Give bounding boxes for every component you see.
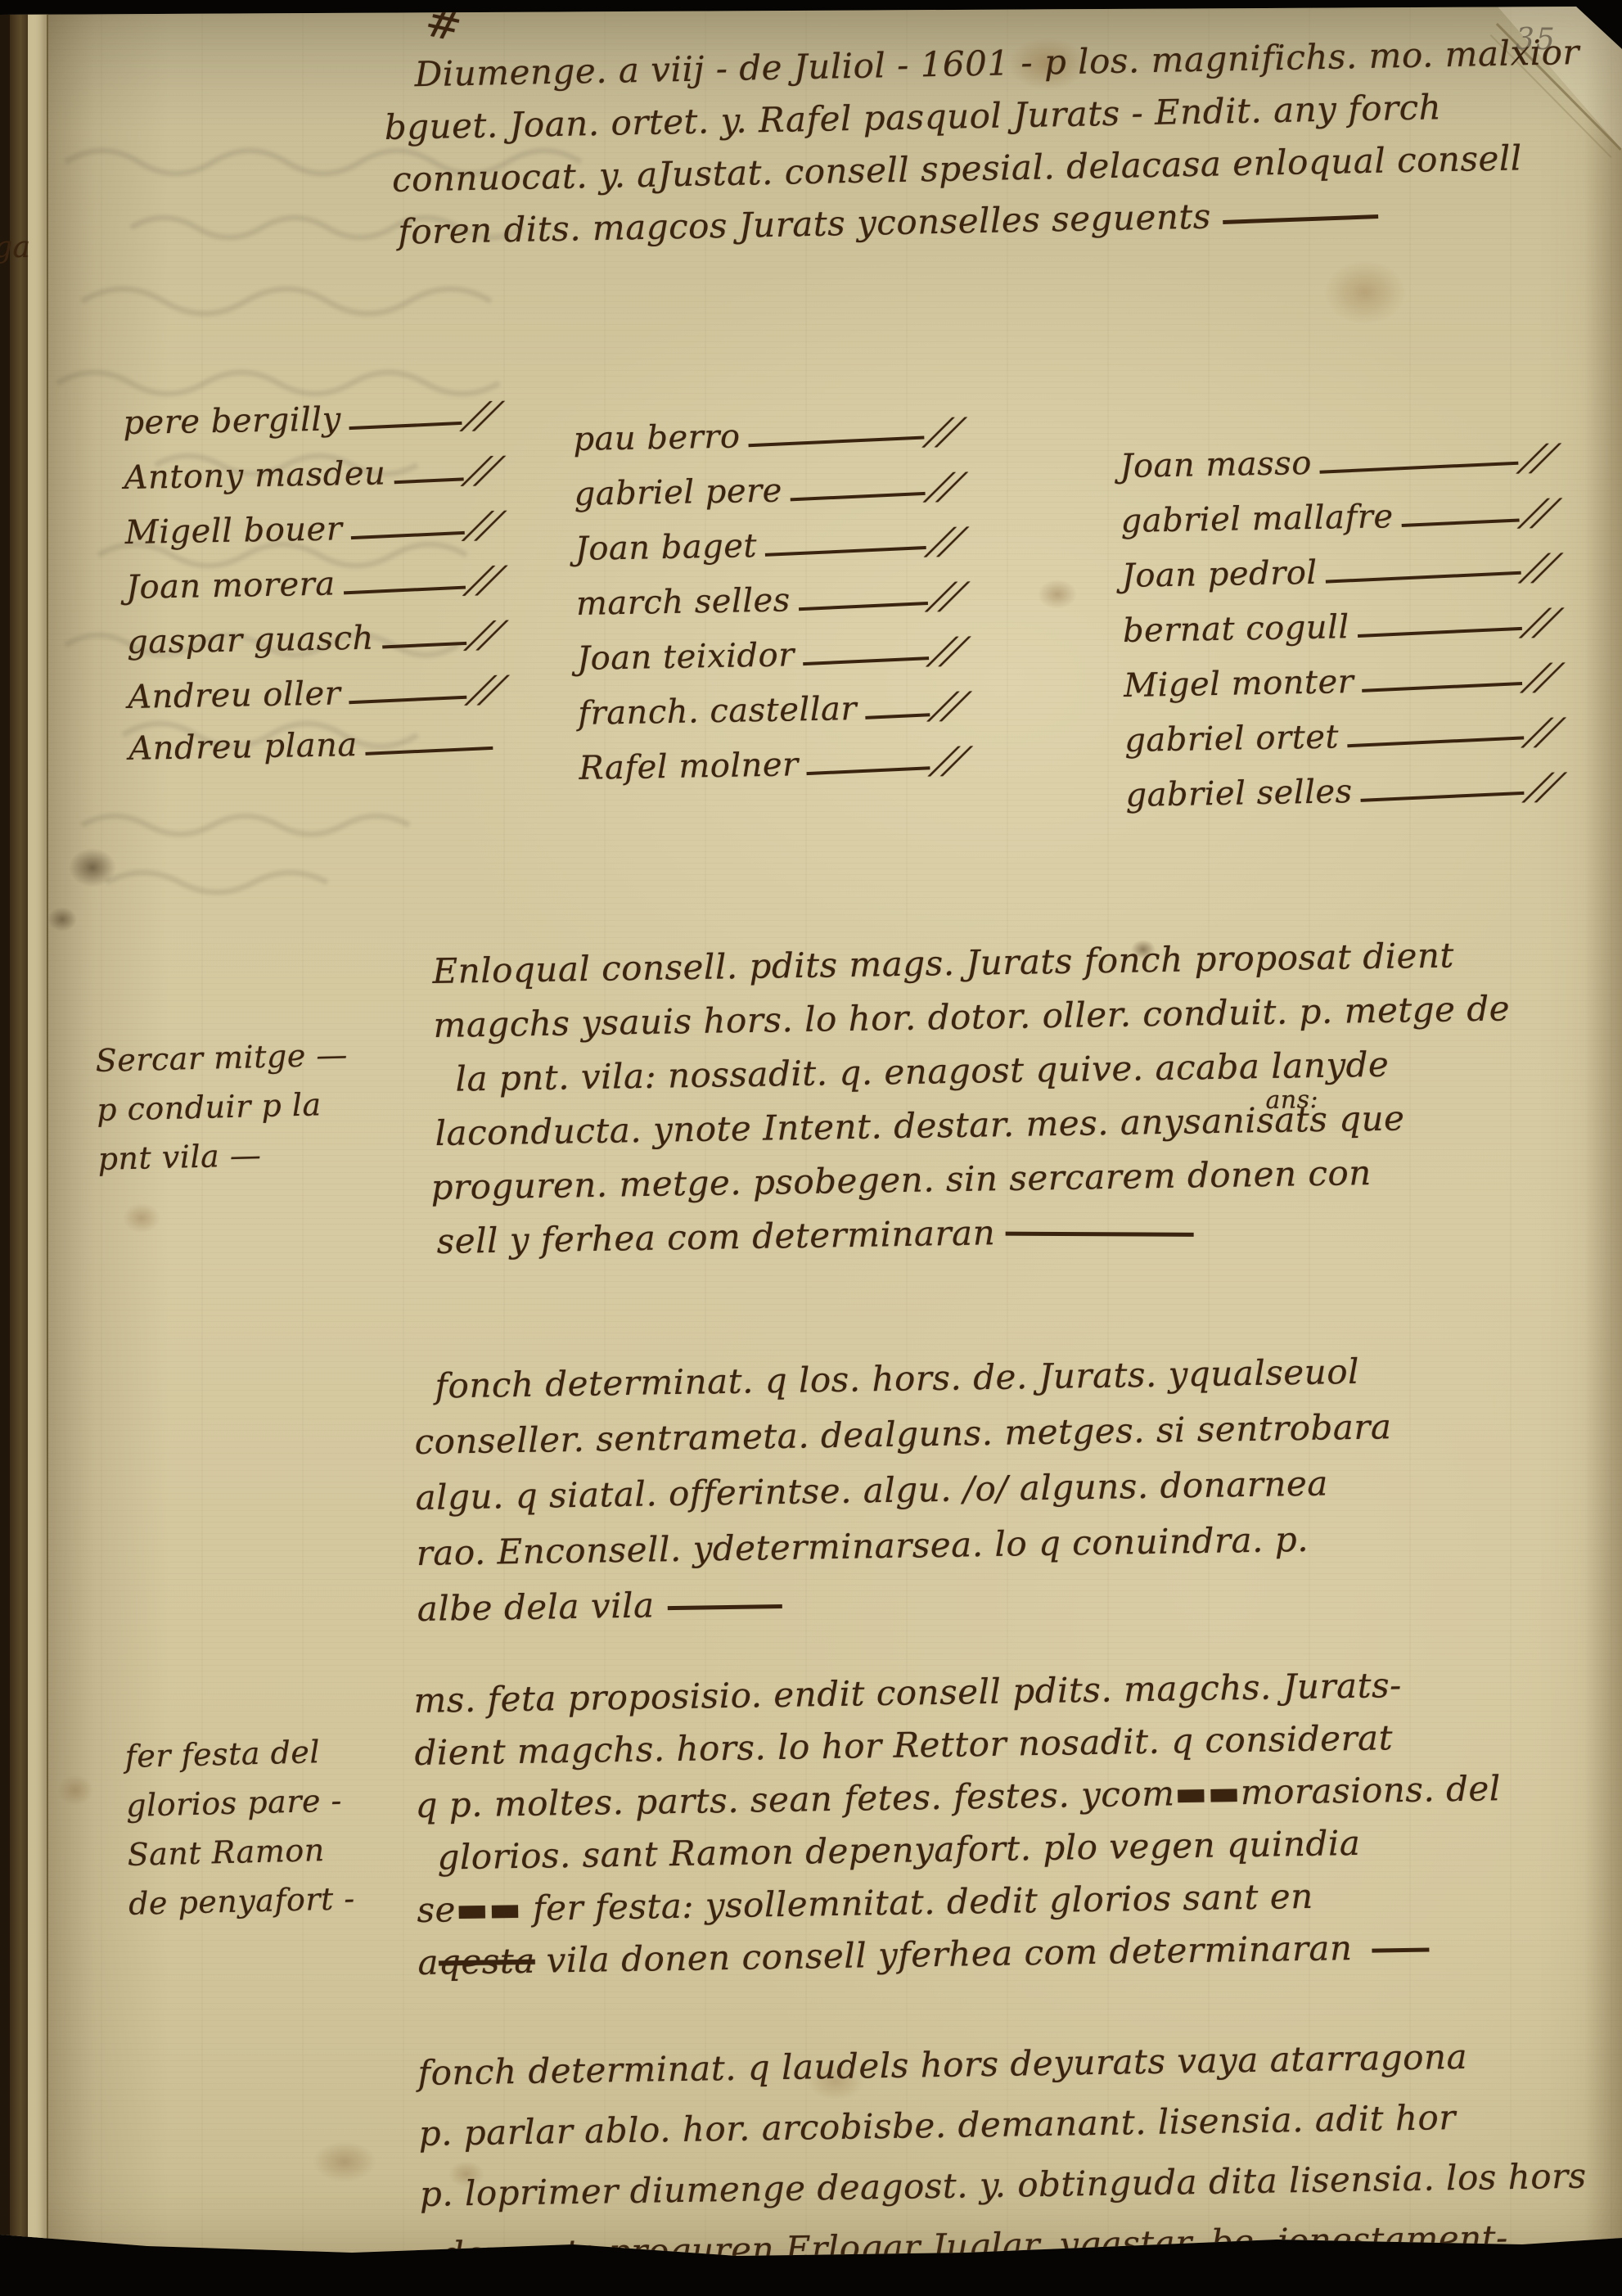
flourish-line <box>394 477 463 484</box>
margin-note-line: p conduir p la <box>96 1078 408 1134</box>
tally-tick: // <box>928 739 975 782</box>
attendee-name: Rafel molner <box>579 746 799 787</box>
section-physician-proposal: Enloqual consell. pdits mags. Jurats fon… <box>432 927 1607 1269</box>
attendee-name: Joan pedrol <box>1121 554 1318 595</box>
text-part: a <box>417 1942 439 1982</box>
tally-tick: // <box>926 630 972 673</box>
section-physician-resolution: fonch determinat. q los. hors. de. Jurat… <box>413 1340 1596 1637</box>
flourish-line <box>382 642 466 649</box>
tally-tick: // <box>1522 765 1569 808</box>
tally-tick: // <box>464 669 511 711</box>
attendee-name: pau berro <box>573 417 741 458</box>
attendee-name: Andreu oller <box>128 674 341 716</box>
attendee-name: Andreu plana <box>128 726 358 768</box>
ink-blot <box>47 907 77 931</box>
flourish-line <box>366 747 493 756</box>
text-part: vila donen consell yferhea com determina… <box>534 1928 1353 1981</box>
margin-note-line: de penyafort - <box>128 1872 439 1928</box>
under-page-edge <box>28 7 48 2256</box>
tally-tick: // <box>460 395 507 437</box>
gathering-mark: # <box>421 7 466 52</box>
attendee-name: bernat cogull <box>1123 608 1349 650</box>
attendee-name: Joan baget <box>574 527 757 568</box>
stain <box>313 2141 376 2182</box>
attendee-row: Antony masdeu// <box>124 449 497 511</box>
attendee-name: gabriel selles <box>1125 773 1353 814</box>
edge-text-fragment: ga <box>0 231 31 264</box>
attendee-name: Migel monter <box>1124 663 1354 705</box>
margin-note-feast: fer festa del glorios pare - Sant Ramon … <box>124 1725 440 1928</box>
attendee-name: gaspar guasch <box>127 620 374 661</box>
attendee-name: Joan morera <box>126 566 336 607</box>
tally-tick: // <box>1521 710 1567 753</box>
attendee-row: march selles// <box>576 575 962 637</box>
attendee-name: Migell bouer <box>124 510 342 552</box>
flourish-line <box>1326 571 1521 584</box>
tally-tick: // <box>923 466 970 508</box>
attendee-row: gabriel mallafre// <box>1120 492 1553 554</box>
flourish-line <box>1347 736 1524 747</box>
attendee-row: bernat cogull// <box>1123 602 1556 664</box>
flourish-line <box>349 422 462 430</box>
tally-tick: // <box>1517 492 1564 535</box>
attendee-name: march selles <box>576 581 791 623</box>
attendee-row: Joan teixidor// <box>577 630 962 692</box>
tally-tick: // <box>924 521 971 563</box>
attendee-name: franch. castellar <box>578 690 857 733</box>
attendee-column-1: pere bergilly// Antony masdeu// Migell b… <box>123 395 502 785</box>
flourish-line <box>803 656 929 665</box>
tally-tick: // <box>461 449 507 492</box>
attendee-row: pere bergilly// <box>123 395 496 456</box>
ink-blot <box>69 848 116 887</box>
stain <box>1324 260 1406 324</box>
attendee-column-2: pau berro// gabriel pere// Joan baget// … <box>573 411 964 801</box>
tally-tick: // <box>463 614 510 656</box>
attendee-name: Joan teixidor <box>577 636 795 678</box>
attendee-row: Migel monter// <box>1124 656 1557 719</box>
flourish-line <box>765 546 926 557</box>
attendee-column-3: Joan masso// gabriel mallafre// Joan ped… <box>1120 437 1558 828</box>
manuscript-scan: 35 # ga Diumenge. a viij - de Juliol - 1… <box>0 0 1622 2296</box>
attendee-name: gabriel ortet <box>1124 718 1339 760</box>
flourish-line <box>807 766 930 775</box>
flourish-line <box>799 602 928 611</box>
attendee-row: Andreu oller// <box>128 669 501 730</box>
attendee-name: pere bergilly <box>123 400 341 442</box>
attendee-row: Joan baget// <box>574 521 960 582</box>
tally-tick: // <box>926 685 973 728</box>
margin-note-line: fer festa del <box>124 1725 436 1781</box>
margin-note-line: pnt vila — <box>97 1127 409 1184</box>
flourish-line <box>1362 682 1522 692</box>
attendee-row: gabriel pere// <box>574 466 959 527</box>
flourish-line <box>1320 462 1519 474</box>
binding-spine <box>0 7 10 2256</box>
attendee-row: gabriel selles// <box>1125 766 1558 828</box>
flourish-line <box>349 696 466 705</box>
attendee-row: Andreu plana <box>128 724 502 785</box>
tally-tick: // <box>925 575 971 618</box>
tally-tick: // <box>922 411 969 453</box>
attendee-name: Antony masdeu <box>124 454 385 497</box>
flourish-line <box>344 586 466 595</box>
attendee-row: Joan pedrol// <box>1121 547 1554 609</box>
attendee-name: Joan masso <box>1120 444 1312 485</box>
flourish-line <box>1402 518 1520 527</box>
flourish-line <box>865 713 930 719</box>
flourish-line <box>791 492 926 501</box>
attendee-name: gabriel mallafre <box>1120 498 1394 540</box>
flourish-line <box>1358 627 1522 638</box>
binding-leather <box>10 7 28 2256</box>
attendee-row: pau berro// <box>573 411 958 472</box>
attendee-row: Joan masso// <box>1120 437 1552 499</box>
section-tarragona-resolution: fonch determinat. q laudels hors deyurat… <box>417 2024 1611 2256</box>
attendee-row: gabriel ortet// <box>1124 711 1557 774</box>
attendee-name: gabriel pere <box>574 472 782 513</box>
tally-tick: // <box>462 504 508 547</box>
attendee-row: Rafel molner// <box>579 740 964 801</box>
stain <box>57 1775 93 1806</box>
tally-tick: // <box>1519 602 1566 644</box>
attendee-row: Joan morera// <box>126 559 499 620</box>
attendee-row: gaspar guasch// <box>127 614 500 675</box>
manuscript-page: 35 # ga Diumenge. a viij - de Juliol - 1… <box>0 7 1622 2256</box>
flourish-line <box>350 531 464 539</box>
tally-tick: // <box>1518 547 1565 589</box>
attendee-row: franch. castellar// <box>578 685 963 747</box>
struck-word: qesta <box>439 1941 535 1982</box>
stain <box>1038 580 1077 609</box>
margin-note-line: Sant Ramon <box>127 1823 439 1879</box>
flourish-line <box>1361 792 1525 802</box>
tally-tick: // <box>462 559 509 602</box>
attendee-row: Migell bouer// <box>124 504 498 566</box>
margin-note-line: Sercar mitge — <box>95 1029 407 1085</box>
interlinear-correction: ans: <box>1265 1073 1319 1128</box>
flourish-line <box>749 435 925 447</box>
section-feast-proposal: ms. feta proposisio. endit consell pdits… <box>413 1656 1605 1989</box>
text-line-body: laconducta. ynote Intent. destar. mes. a… <box>435 1098 1405 1153</box>
stain <box>123 1203 160 1233</box>
margin-note-physician: Sercar mitge — p conduir p la pnt vila — <box>95 1029 409 1184</box>
session-heading: Diumenge. a viij - de Juliol - 1601 - p … <box>383 26 1598 259</box>
tally-tick: // <box>1520 656 1566 699</box>
tally-tick: // <box>1516 437 1563 480</box>
margin-note-line: glorios pare - <box>125 1774 437 1830</box>
